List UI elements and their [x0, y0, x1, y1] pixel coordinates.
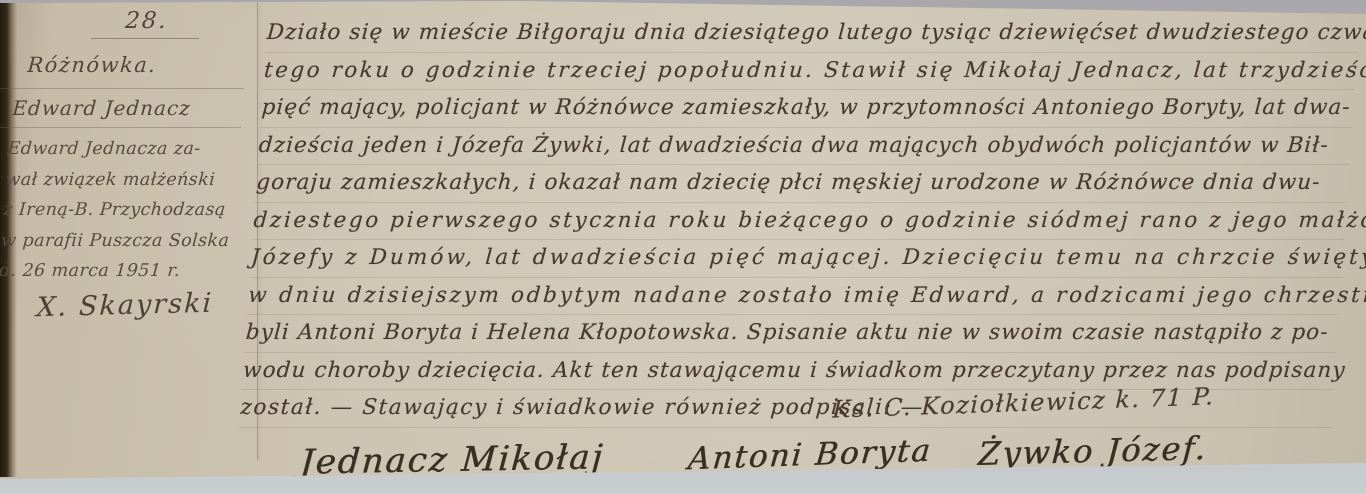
marriage-annotation: Edward Jednacza za- wał związek małżeńsk…	[0, 134, 237, 287]
act-body-line: pięć mający, policjant w Różnówce zamies…	[260, 90, 1355, 128]
act-body-line: w dniu dzisiejszym odbytym nadane został…	[247, 278, 1342, 316]
father-signature: Jednacz Mikołaj	[299, 437, 606, 482]
registry-page: 28. Różnówka. Edward Jednacz Edward Jedn…	[0, 0, 1366, 494]
annotation-line: Edward Jednacza za-	[6, 134, 236, 165]
witness-signature: Antoni Boryta	[686, 433, 933, 478]
margin-column: 28. Różnówka. Edward Jednacz Edward Jedn…	[0, 0, 256, 480]
act-body-line: tego roku o godzinie trzeciej popołudniu…	[263, 53, 1358, 91]
witness-signature: Żywko Józef.	[977, 429, 1209, 473]
act-body-line: goraju zamieszkałych, i okazał nam dziec…	[255, 165, 1350, 203]
priest-signature: X. Skayrski	[36, 288, 214, 324]
ruled-line	[0, 88, 244, 89]
act-body-line: dziestego pierwszego stycznia roku bieżą…	[252, 203, 1347, 241]
scan-background: 28. Różnówka. Edward Jednacz Edward Jedn…	[0, 0, 1366, 494]
annotation-line: d. 26 marca 1951 r.	[0, 256, 228, 287]
act-body-line: Działo się w mieście Biłgoraju dnia dzie…	[265, 15, 1360, 53]
act-body-line: Józefy z Dumów, lat dwadzieścia pięć maj…	[250, 240, 1345, 278]
act-body-line: dzieścia jeden i Józefa Żywki, lat dwadz…	[258, 128, 1353, 166]
annotation-line: z Ireną-B. Przychodzasą	[2, 195, 232, 226]
ruled-line	[0, 127, 241, 128]
annotation-line: w parafii Puszcza Solska	[0, 226, 230, 257]
act-text-column: Działo się w mieście Biłgoraju dnia dzie…	[239, 15, 1360, 428]
annotation-line: wał związek małżeński	[4, 165, 234, 196]
act-number: 28.	[91, 8, 201, 39]
child-name-heading: Edward Jednacz	[12, 96, 192, 120]
village-name: Różnówka.	[27, 53, 158, 77]
act-body-line: byli Antoni Boryta i Helena Kłopotowska.…	[244, 315, 1339, 353]
